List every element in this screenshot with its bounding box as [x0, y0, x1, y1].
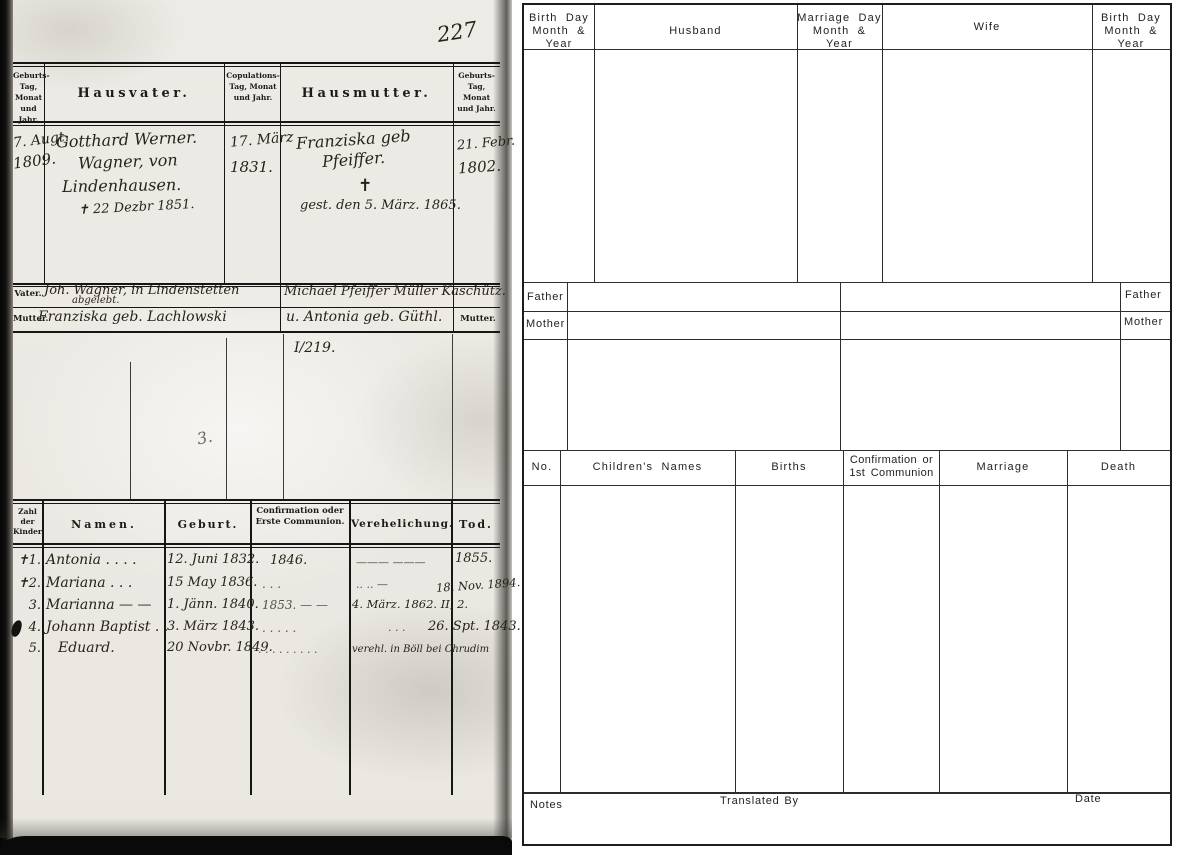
- notes-entry-area[interactable]: [525, 794, 1169, 843]
- child-confirmation: . . . . .: [262, 621, 296, 635]
- register-reference-number: I/219.: [294, 340, 335, 356]
- child-no: ✝1.: [13, 553, 41, 568]
- header-marriage: Marriage Day Month & Year: [797, 12, 882, 51]
- husband-death-date: ✝ 22 Dezbr 1851.: [78, 197, 195, 218]
- vater-entry-wife-side: Michael Pfeiffer Müller Kaschütz.: [284, 284, 506, 299]
- child-birth: 15 May 1836.: [167, 575, 257, 590]
- scan-bottom-edge: [0, 836, 512, 855]
- table-line: [13, 307, 500, 308]
- child-birth: 12. Juni 1832.: [167, 552, 259, 567]
- child-marriage: ——— ———: [356, 556, 426, 569]
- wife-cross-mark: ✝: [358, 176, 372, 196]
- children-header-births: Births: [735, 461, 843, 474]
- child-birth: 20 Novbr. 1849.: [167, 640, 273, 655]
- page-number: 227: [435, 17, 478, 47]
- father-label-left: Father: [527, 291, 569, 304]
- table-line: [42, 499, 44, 795]
- screenshot: 227 Geburts-Tag, Monat und Jahr. Hausva: [0, 0, 1180, 855]
- mother-entry-husband-side[interactable]: [568, 312, 839, 338]
- table-line: [13, 125, 500, 126]
- child-no: 5.: [13, 641, 41, 656]
- child-name: Eduard.: [58, 640, 115, 656]
- children-header-confirmation: Confirmation oder Erste Communion.: [252, 506, 348, 528]
- wife-death-date: gest. den 5. März. 1865.: [300, 198, 461, 213]
- stray-mark: 3.: [195, 427, 214, 449]
- table-line: [349, 499, 351, 795]
- child-marriage: verehl. in Böll bei Chrudim: [352, 644, 489, 655]
- children-header-marriage: Marriage: [939, 461, 1067, 474]
- form-line: [524, 450, 1170, 451]
- children-header-verehelichung: Verehelichung.: [351, 518, 451, 530]
- child-marriage: .. .. —: [356, 578, 388, 591]
- table-line: [13, 121, 500, 123]
- table-line: [164, 499, 166, 795]
- vater-label-left: Vater.: [13, 289, 43, 299]
- children-header-names: Children's Names: [560, 461, 735, 474]
- children-header-death: Death: [1067, 461, 1170, 474]
- table-line: [224, 62, 225, 284]
- form-line: [1120, 282, 1121, 450]
- table-line: [452, 334, 453, 499]
- child-confirmation: 1853. — —: [262, 598, 328, 612]
- child-birth: 1. Jänn. 1840.: [167, 597, 259, 612]
- header-hausvater: Hausvater.: [44, 86, 224, 101]
- scan-gap: [512, 0, 520, 855]
- child-death: 1855.: [455, 551, 492, 566]
- table-line: [13, 62, 500, 64]
- children-header-no: No.: [524, 461, 560, 474]
- child-no: ✝2.: [13, 576, 41, 591]
- children-header-namen: Namen.: [44, 518, 164, 531]
- husband-place: Lindenhausen.: [62, 175, 182, 196]
- father-entry-husband-side[interactable]: [568, 283, 839, 310]
- child-marriage: . . .: [388, 621, 405, 634]
- table-line: [13, 503, 500, 504]
- header-birth-left: Birth Day Month & Year: [524, 12, 594, 51]
- header-copulations: Copulations-Tag, Monat und Jahr.: [226, 70, 280, 103]
- translation-form: Birth Day Month & Year Husband Marriage …: [522, 3, 1172, 846]
- wife-name: Franziska geb: [295, 126, 411, 153]
- wife-maiden-name: Pfeiffer.: [321, 148, 385, 171]
- wife-birth-year: 1802.: [457, 157, 501, 178]
- child-confirmation: . . .: [262, 577, 281, 591]
- table-line: [283, 334, 284, 499]
- header-geburts-left: Geburts-Tag, Monat und Jahr.: [13, 70, 44, 125]
- translated-by-label: Translated By: [720, 795, 840, 808]
- table-line: [130, 362, 131, 499]
- child-no: 3.: [13, 598, 41, 613]
- table-line: [13, 543, 500, 545]
- husband-name: Gotthard Werner.: [56, 128, 198, 152]
- child-name: Marianna — —: [46, 597, 151, 613]
- father-label-right: Father: [1125, 289, 1169, 302]
- mutter-entry-husband-side: Franziska geb. Lachlowski: [38, 309, 227, 325]
- header-birth-right: Birth Day Month & Year: [1092, 12, 1170, 51]
- header-wife: Wife: [882, 21, 1092, 34]
- header-geburts-right: Geburts-Tag, Monat und Jahr.: [455, 70, 498, 114]
- header-hausmutter: Hausmutter.: [280, 86, 453, 101]
- mutter-label-right: Mutter.: [458, 314, 498, 324]
- scanned-register-page: 227 Geburts-Tag, Monat und Jahr. Hausva: [0, 0, 520, 855]
- table-line: [13, 331, 500, 333]
- form-line: [524, 339, 1170, 340]
- table-line: [226, 338, 227, 499]
- children-header-geburt: Geburt.: [166, 518, 250, 531]
- scan-bottom-smudge: [0, 818, 512, 838]
- child-name: Antonia . . . .: [46, 552, 137, 568]
- table-line: [13, 499, 500, 501]
- father-entry-wife-side[interactable]: [841, 283, 1119, 310]
- table-line: [13, 547, 500, 548]
- children-header-tod: Tod.: [453, 518, 499, 531]
- child-name: Johann Baptist . .: [46, 619, 168, 635]
- mother-label-right: Mother: [1124, 316, 1170, 329]
- children-header-confirmation: Confirmation or 1st Communion: [844, 454, 939, 480]
- scan-left-edge: [0, 0, 13, 855]
- mother-entry-wife-side[interactable]: [841, 312, 1119, 338]
- header-husband: Husband: [594, 25, 797, 38]
- wife-entry-area[interactable]: [883, 50, 1091, 281]
- husband-birth-year: 1809.: [12, 149, 57, 172]
- mother-label-left: Mother: [526, 318, 568, 331]
- child-birth: 3. März 1843.: [167, 619, 259, 634]
- table-line: [13, 66, 500, 67]
- marriage-year: 1831.: [230, 158, 273, 176]
- notes-label: Notes: [530, 799, 590, 812]
- scan-right-edge: [493, 0, 512, 855]
- husband-occupation: Wagner, von: [78, 150, 178, 172]
- husband-entry-area[interactable]: [595, 50, 796, 281]
- child-name: Mariana . . .: [46, 575, 132, 591]
- child-marriage: 4. März. 1862. II, 2.: [352, 597, 468, 611]
- date-label: Date: [1075, 793, 1135, 806]
- children-entry-area[interactable]: [525, 486, 1169, 791]
- children-header-zahl: Zahl der Kinder.: [13, 507, 42, 537]
- child-death: 26. Spt. 1843.: [428, 619, 521, 634]
- table-line: [280, 62, 281, 332]
- vater-entry-husband-side-2: abgelebt.: [72, 295, 119, 306]
- child-confirmation: 1846.: [270, 553, 307, 568]
- mutter-entry-wife-side: u. Antonia geb. Güthl.: [286, 309, 442, 325]
- marriage-date: 17. März: [229, 129, 294, 150]
- child-confirmation: . . . . . . . . .: [258, 643, 317, 656]
